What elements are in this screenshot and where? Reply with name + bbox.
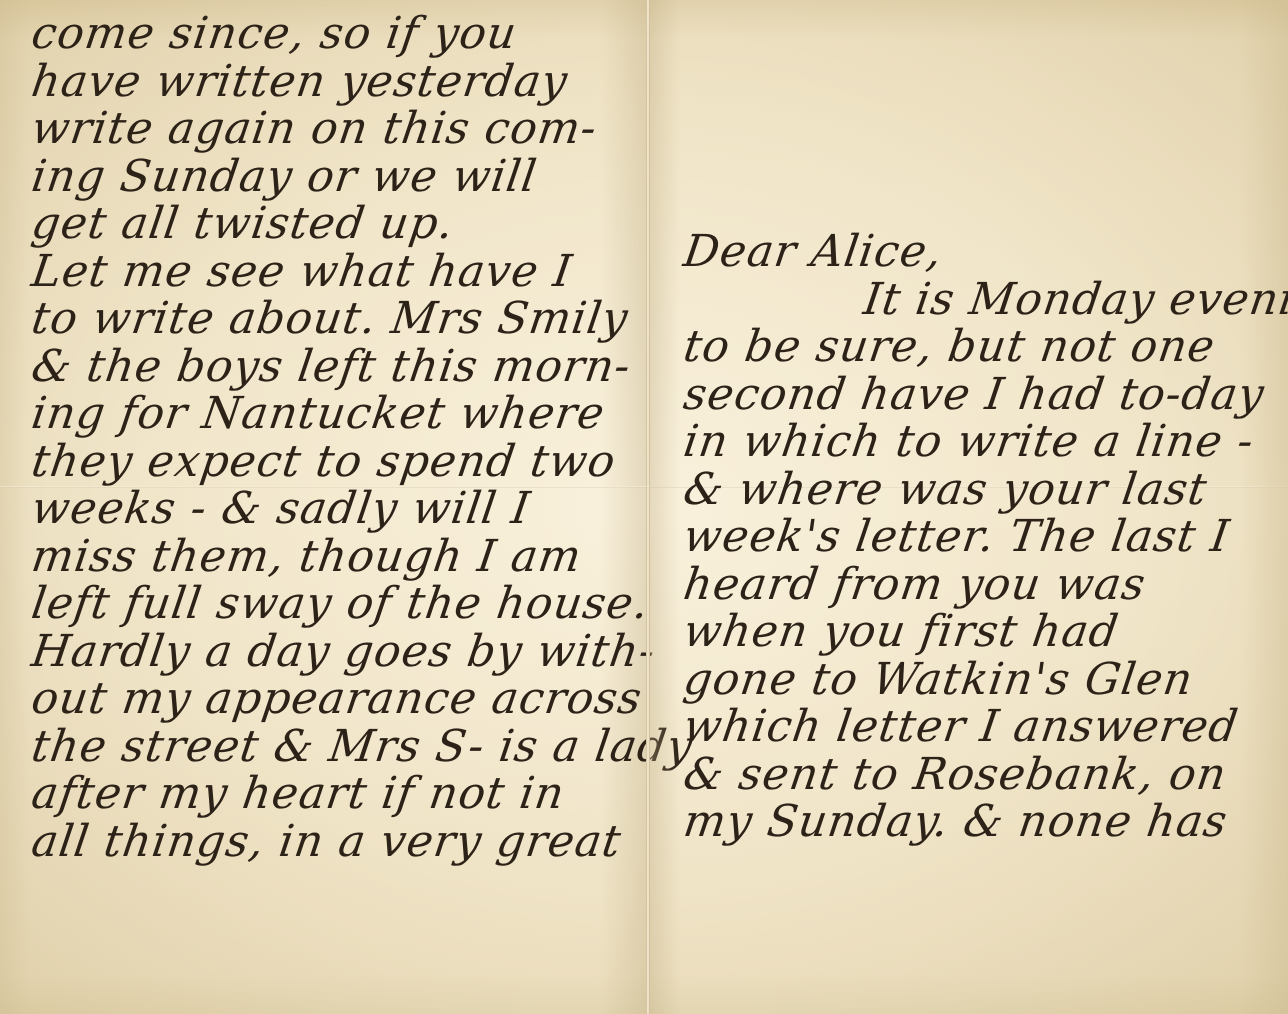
left-line: get all twisted up.	[29, 200, 626, 248]
left-line: weeks - & sadly will I	[29, 485, 626, 533]
left-line: they expect to spend two	[29, 438, 626, 486]
right-line: which letter I answered	[681, 703, 1272, 751]
left-line: write again on this com-	[29, 105, 626, 153]
left-line: come since, so if you	[29, 10, 626, 58]
left-page: come since, so if you have written yeste…	[0, 0, 646, 1014]
right-line: to be sure, but not one	[681, 323, 1272, 371]
left-line: ing for Nantucket where	[29, 390, 626, 438]
left-line: the street & Mrs S- is a lady	[29, 723, 626, 771]
left-line: Hardly a day goes by with-	[29, 628, 626, 676]
right-line: when you first had	[681, 608, 1272, 656]
right-line: & where was your last	[681, 466, 1272, 514]
right-page: Dear Alice, It is Monday evening to be s…	[650, 0, 1288, 1014]
left-line: to write about. Mrs Smily	[29, 295, 626, 343]
left-line: have written yesterday	[29, 58, 626, 106]
right-line: & sent to Rosebank, on	[681, 751, 1272, 799]
right-line: heard from you was	[681, 561, 1272, 609]
salutation: Dear Alice,	[681, 228, 1272, 276]
right-line: my Sunday. & none has	[681, 798, 1272, 846]
left-line: out my appearance across	[29, 675, 626, 723]
left-line: left full sway of the house.	[29, 580, 626, 628]
left-line: & the boys left this morn-	[29, 343, 626, 391]
left-line: all things, in a very great	[29, 818, 626, 866]
letter-sheet: come since, so if you have written yeste…	[0, 0, 1288, 1014]
left-line: ing Sunday or we will	[29, 153, 626, 201]
right-line: second have I had to-day	[681, 371, 1272, 419]
right-line: week's letter. The last I	[681, 513, 1272, 561]
right-line: gone to Watkin's Glen	[681, 656, 1272, 704]
right-line: in which to write a line -	[681, 418, 1272, 466]
left-line: miss them, though I am	[29, 533, 626, 581]
left-line: after my heart if not in	[29, 770, 626, 818]
blank-header-space	[684, 0, 1268, 228]
right-line: It is Monday evening	[681, 276, 1272, 324]
left-line: Let me see what have I	[29, 248, 626, 296]
